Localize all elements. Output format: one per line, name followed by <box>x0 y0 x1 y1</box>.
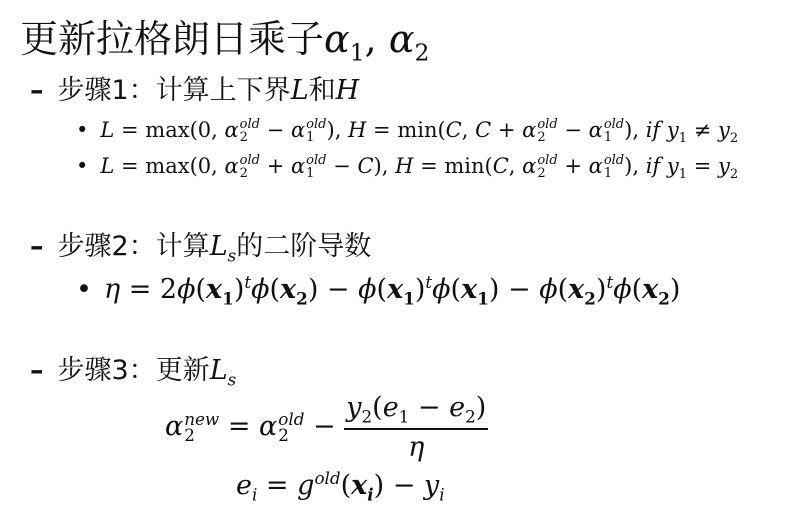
alpha-update-equation: αnew2 = αold2 − y2(e1 − e2) η <box>165 392 488 463</box>
step1-bullet-1: •L = max(0, αold2 − αold1), H = min(C, C… <box>76 118 738 146</box>
step1-heading: –步骤1：计算上下界L和H <box>30 68 359 107</box>
step3-heading: –步骤3：更新Ls <box>30 348 236 389</box>
error-equation: ei = gold(xi) − yi <box>236 468 445 504</box>
step1-bullet-2: •L = max(0, αold2 + αold1 − C), H = min(… <box>76 154 738 182</box>
page-title: 更新拉格朗日乘子α1, α2 <box>20 8 430 67</box>
step2-heading: –步骤2：计算Ls的二阶导数 <box>30 224 371 265</box>
fraction: y2(e1 − e2) η <box>344 392 488 463</box>
step2-bullet-eta: •η = 2ϕ(x1)tϕ(x2) − ϕ(x1)tϕ(x1) − ϕ(x2)t… <box>76 272 680 308</box>
